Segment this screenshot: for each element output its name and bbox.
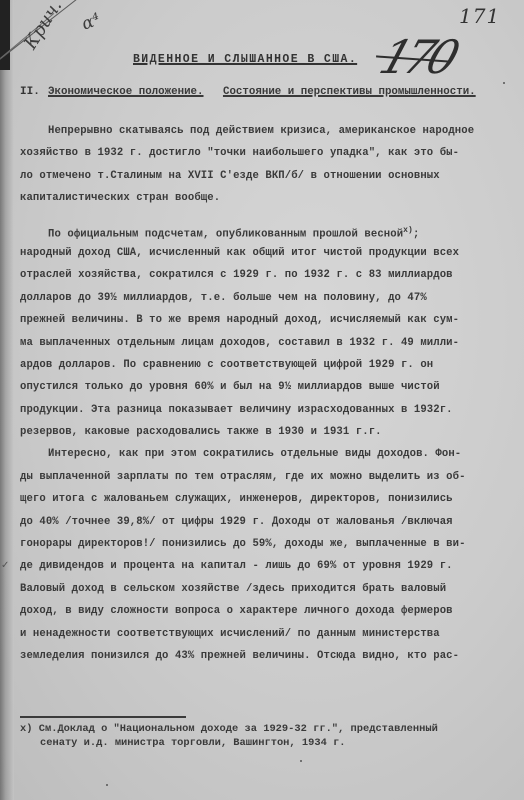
text-line: резервов, каковые расходовались также в …	[20, 421, 520, 443]
footnote-marker: x)	[403, 226, 413, 235]
text-line: капиталистических стран вообще.	[20, 187, 520, 209]
footnote-separator	[20, 716, 186, 718]
text-line: ды выплаченной зарплаты по тем отраслям,…	[20, 466, 520, 488]
scan-speck	[503, 82, 505, 84]
handwritten-archive-mark: α⁴	[79, 9, 103, 34]
document-body: Непрерывно скатываясь под действием криз…	[20, 120, 520, 667]
section-heading-part2: Состояние и перспективы промышленности.	[223, 86, 476, 98]
scan-speck	[300, 760, 302, 762]
footnote: x) См.Доклад о "Национальном доходе за 1…	[20, 722, 520, 750]
scan-speck	[106, 784, 108, 786]
binding-edge	[0, 0, 10, 70]
text-line: Валовый доход в сельском хозяйстве /здес…	[20, 578, 520, 600]
text-line: гонорары директоров!/ понизились до 59%,…	[20, 533, 520, 555]
text-line: до 40% /точнее 39,8%/ от цифры 1929 г. Д…	[20, 511, 520, 533]
footnote-marker: x)	[20, 723, 32, 735]
text-line: ма выплаченных отдельным лицам доходов, …	[20, 332, 520, 354]
section-heading-part1: Экономическое положение.	[48, 86, 204, 98]
text-line: продукции. Эта разница показывает величи…	[20, 399, 520, 421]
text-line: Интересно, как при этом сократились отде…	[20, 443, 520, 465]
text-line: опустился только до уровня 60% и был на …	[20, 376, 520, 398]
text-line: Непрерывно скатываясь под действием криз…	[20, 120, 520, 142]
text-line: прежней величины. В то же время народный…	[20, 309, 520, 331]
scanned-document-page: Крич. α⁴ 171 170 ВИДЕННОЕ И СЛЫШАННОЕ В …	[0, 0, 524, 800]
section-heading: Экономическое положение. Состояние и пер…	[48, 86, 524, 98]
handwritten-initials: Крич.	[20, 0, 66, 53]
text-line: земледелия понизился до 43% прежней вели…	[20, 645, 520, 667]
text-line: и ненадежности соответствующих исчислени…	[20, 623, 520, 645]
text-line: щего итога с жалованьем служащих, инжене…	[20, 488, 520, 510]
text-line: хозяйство в 1932 г. достигло "точки наиб…	[20, 142, 520, 164]
text-line: ардов долларов. По сравнению с соответст…	[20, 354, 520, 376]
footnote-line-2: сенату и.д. министра торговли, Вашингтон…	[20, 736, 520, 750]
footnote-line-1: x) См.Доклад о "Национальном доходе за 1…	[20, 722, 520, 736]
text-line: народный доход США, исчисленный как общи…	[20, 242, 520, 264]
text-line: де дивидендов и процента на капитал - ли…	[20, 555, 520, 577]
page-edge-shadow	[0, 0, 14, 800]
text-line: доход, в виду сложности вопроса о характ…	[20, 600, 520, 622]
page-number: 171	[459, 4, 500, 28]
text-line: долларов до 39½ миллиардов, т.е. больше …	[20, 287, 520, 309]
text-line-with-footnote: По официальным подсчетам, опубликованным…	[20, 220, 520, 242]
text-line: ло отмечено т.Сталиным на ХVII С'езде ВК…	[20, 165, 520, 187]
section-number: II.	[20, 86, 40, 98]
margin-check-mark: ✓	[1, 560, 9, 571]
document-title: ВИДЕННОЕ И СЛЫШАННОЕ В США.	[133, 53, 357, 66]
text-line: отраслей хозяйства, сократился с 1929 г.…	[20, 264, 520, 286]
